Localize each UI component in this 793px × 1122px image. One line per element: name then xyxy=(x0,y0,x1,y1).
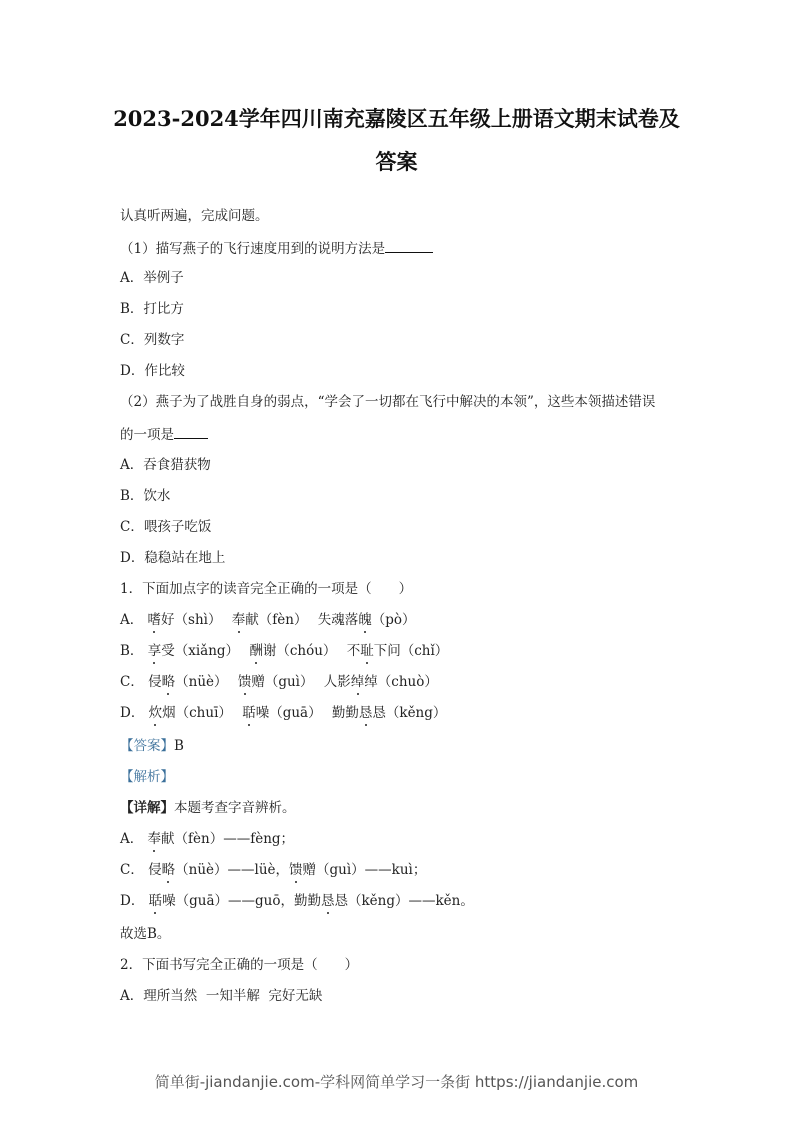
document-title-line2: 答案 xyxy=(0,146,793,176)
dotted-char: 享 xyxy=(148,642,162,660)
item-post: 献（fèn）——fèng； xyxy=(161,831,294,847)
item-post: 恳（kěng）——kěn。 xyxy=(334,893,473,909)
option-prefix: D． xyxy=(120,705,144,721)
answer-blank xyxy=(385,238,433,253)
item-post: （nüè）——lüè， xyxy=(175,862,289,878)
question1-answer: 【答案】B xyxy=(120,737,184,755)
item-post: 噪（guā）——guō， xyxy=(162,893,294,909)
option-prefix: A． xyxy=(120,831,143,847)
listening-q2-stem-line2-text: 的一项是 xyxy=(120,427,174,443)
detail-text: 本题考查字音辨析。 xyxy=(174,800,296,816)
dotted-char: 聒 xyxy=(149,892,163,910)
item-pre: 侵 xyxy=(148,862,162,878)
item-post: （nüè） xyxy=(175,674,227,690)
dotted-char: 馈 xyxy=(238,673,252,691)
listening-q1-option-b: B．打比方 xyxy=(120,300,184,318)
option-prefix: D． xyxy=(120,893,144,909)
item-post: 下问（chǐ） xyxy=(374,643,449,659)
document-page: 2023-2024学年四川南充嘉陵区五年级上册语文期末试卷及 答案 认真听两遍，… xyxy=(0,0,793,1122)
explanation-c: C． 侵略（nüè）——lüè，馈赠（guì）——kuì； xyxy=(120,861,426,879)
pinyin-item: 不耻下问（chǐ） xyxy=(347,643,449,659)
item-post: 赠（guì）——kuì； xyxy=(303,862,427,878)
dotted-char: 奉 xyxy=(232,611,246,629)
option-prefix: B． xyxy=(120,643,143,659)
dotted-char: 嗜 xyxy=(148,611,162,629)
dotted-char: 馈 xyxy=(289,861,303,879)
item-post: 赠（guì） xyxy=(251,674,313,690)
analysis-label: 【解析】 xyxy=(120,769,174,785)
listening-q1-option-a: A．举例子 xyxy=(120,269,184,287)
item-pre: 勤勤 xyxy=(332,705,359,721)
pinyin-item: 聒噪（guā） xyxy=(242,705,321,721)
dotted-char: 恳 xyxy=(359,704,373,722)
pinyin-item: 侵略（nüè） xyxy=(148,674,227,690)
question1-conclusion: 故选B。 xyxy=(120,925,170,943)
item-post: 恳（kěng） xyxy=(372,705,446,721)
pinyin-item: 勤勤恳恳（kěng） xyxy=(332,705,447,721)
listening-q2-stem-line2: 的一项是 xyxy=(120,424,208,444)
item-pre: 人影 xyxy=(324,674,351,690)
item-pre: 失魂落 xyxy=(318,612,359,628)
option-prefix: C． xyxy=(120,674,144,690)
listening-q2-stem-line1: （2）燕子为了战胜自身的弱点，“学会了一切都在飞行中解决的本领”，这些本领描述错… xyxy=(120,393,655,411)
listening-q2-option-c: C．喂孩子吃饭 xyxy=(120,518,211,536)
question1-detail: 【详解】本题考查字音辨析。 xyxy=(120,799,296,817)
dotted-char: 魄 xyxy=(358,611,372,629)
item-post: 绰（chuò） xyxy=(364,674,438,690)
explanation-a: A． 奉献（fèn）——fèng； xyxy=(120,830,294,848)
question2-stem: 2．下面书写完全正确的一项是（ ） xyxy=(120,956,358,974)
dotted-char: 奉 xyxy=(148,830,162,848)
footer-watermark: 简单街-jiandanjie.com-学科网简单学习一条街 https://ji… xyxy=(0,1071,793,1092)
dotted-char: 酬 xyxy=(249,642,263,660)
listening-q2-option-a: A．吞食猎获物 xyxy=(120,456,211,474)
answer-label: 【答案】 xyxy=(120,738,174,754)
listening-q1-option-c: C．列数字 xyxy=(120,331,184,349)
pinyin-item: 失魂落魄（pò） xyxy=(318,612,416,628)
pinyin-item: 人影绰绰（chuò） xyxy=(324,674,438,690)
option-prefix: A． xyxy=(120,612,143,628)
listening-q1-stem: （1）描写燕子的飞行速度用到的说明方法是 xyxy=(120,238,433,258)
item-post: 受（xiǎng） xyxy=(161,643,239,659)
item-pre: 不 xyxy=(347,643,361,659)
pinyin-item: 享受（xiǎng） xyxy=(148,643,239,659)
dotted-char: 略 xyxy=(162,861,176,879)
item-post: 献（fèn） xyxy=(245,612,307,628)
listening-instruction: 认真听两遍，完成问题。 xyxy=(120,207,269,225)
question2-option-a: A．理所当然 一知半解 完好无缺 xyxy=(120,987,322,1005)
item-pre: 勤勤 xyxy=(294,893,321,909)
dotted-char: 略 xyxy=(162,673,176,691)
pinyin-item: 酬谢（chóu） xyxy=(249,643,336,659)
question1-option-a: A． 嗜好（shì） 奉献（fèn） 失魂落魄（pò） xyxy=(120,611,416,629)
item-post: 谢（chóu） xyxy=(263,643,337,659)
pinyin-item: 馈赠（guì） xyxy=(238,674,314,690)
detail-label: 【详解】 xyxy=(120,800,174,816)
listening-q2-option-d: D．稳稳站在地上 xyxy=(120,549,225,567)
listening-q1-option-d: D．作比较 xyxy=(120,362,185,380)
item-post: 好（shì） xyxy=(161,612,221,628)
answer-blank xyxy=(174,424,208,439)
question1-option-d: D． 炊烟（chuī） 聒噪（guā） 勤勤恳恳（kěng） xyxy=(120,704,446,722)
item-post: （pò） xyxy=(372,612,416,628)
item-post: 噪（guā） xyxy=(256,705,322,721)
listening-q1-stem-text: （1）描写燕子的飞行速度用到的说明方法是 xyxy=(120,241,385,257)
pinyin-item: 嗜好（shì） xyxy=(148,612,222,628)
explanation-d: D． 聒噪（guā）——guō，勤勤恳恳（kěng）——kěn。 xyxy=(120,892,474,910)
dotted-char: 耻 xyxy=(360,642,374,660)
item-post: 烟（chuī） xyxy=(162,705,232,721)
pinyin-item: 炊烟（chuī） xyxy=(149,705,232,721)
dotted-char: 炊 xyxy=(149,704,163,722)
document-title-line1: 2023-2024学年四川南充嘉陵区五年级上册语文期末试卷及 xyxy=(0,103,793,133)
item-pre: 侵 xyxy=(148,674,162,690)
question1-stem: 1．下面加点字的读音完全正确的一项是（ ） xyxy=(120,580,412,598)
question1-option-b: B． 享受（xiǎng） 酬谢（chóu） 不耻下问（chǐ） xyxy=(120,642,448,660)
pinyin-item: 奉献（fèn） xyxy=(232,612,308,628)
question1-analysis: 【解析】 xyxy=(120,768,174,786)
dotted-char: 聒 xyxy=(242,704,256,722)
answer-value: B xyxy=(174,738,184,754)
option-prefix: C． xyxy=(120,862,144,878)
listening-q2-option-b: B．饮水 xyxy=(120,487,170,505)
dotted-char: 恳 xyxy=(321,892,335,910)
dotted-char: 绰 xyxy=(351,673,365,691)
question1-option-c: C． 侵略（nüè） 馈赠（guì） 人影绰绰（chuò） xyxy=(120,673,438,691)
